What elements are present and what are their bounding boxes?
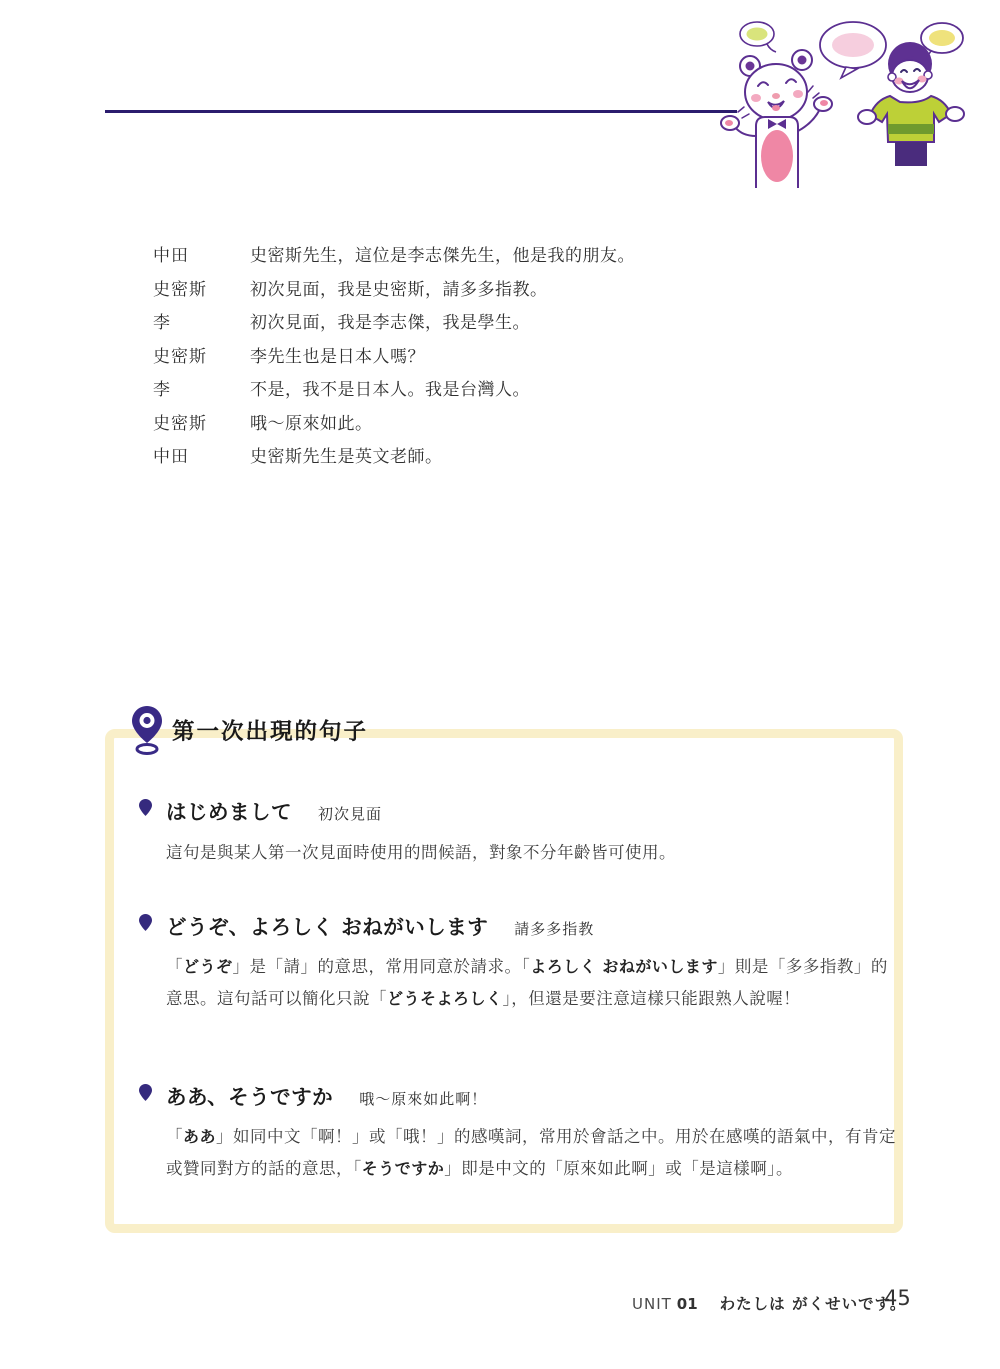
unit-number: 01	[677, 1295, 698, 1313]
dialogue-text: 哦～原來如此。	[250, 409, 373, 434]
phrase-chinese: 請多多指教	[514, 918, 594, 939]
speech-bubble-green-icon	[740, 22, 776, 52]
phrase-japanese: どうぞ、よろしく おねがいします	[166, 910, 488, 940]
page-number: 45	[884, 1286, 911, 1310]
phrase-description: 「どうぞ」是「請」的意思，常用同意於請求。「よろしく おねがいします」則是「多多…	[166, 951, 904, 1015]
dialogue-line: 史密斯 初次見面，我是史密斯，請多多指教。	[153, 275, 873, 309]
speaker-name: 史密斯	[153, 275, 250, 300]
speaker-name: 史密斯	[153, 409, 250, 434]
section-title: 第一次出現的句子	[172, 714, 368, 746]
phrase-description: 「ああ」如同中文「啊！」或「哦！」的感嘆詞，常用於會話之中。用於在感嘆的語氣中，…	[166, 1121, 904, 1185]
phrase-chinese: 哦～原來如此啊！	[359, 1088, 487, 1109]
location-pin-icon	[131, 704, 163, 756]
mascots-illustration	[710, 16, 970, 188]
dialogue-text: 史密斯先生是英文老師。	[250, 442, 443, 467]
header-divider-line	[105, 110, 737, 113]
dialogue-text: 不是，我不是日本人。我是台灣人。	[250, 375, 530, 400]
pin-drop-icon	[139, 1084, 152, 1101]
page-footer: UNIT 01 わたしは がくせいです。	[632, 1292, 906, 1314]
speaker-name: 李	[153, 308, 250, 333]
speech-bubble-pink-icon	[820, 22, 886, 78]
phrase-entry-head: どうぞ、よろしく おねがいします 請多多指教	[166, 910, 594, 940]
pin-drop-icon	[139, 914, 152, 931]
phrase-entry-head: ああ、そうですか 哦～原來如此啊！	[166, 1080, 487, 1110]
phrase-japanese: ああ、そうですか	[166, 1080, 333, 1110]
book-page: 中田 史密斯先生，這位是李志傑先生，他是我的朋友。 史密斯 初次見面，我是史密斯…	[0, 0, 1000, 1369]
dialogue-line: 李 不是，我不是日本人。我是台灣人。	[153, 375, 873, 409]
phrase-japanese: はじめまして	[166, 795, 292, 825]
dialogue-line: 史密斯 哦～原來如此。	[153, 409, 873, 443]
dialogue-line: 中田 史密斯先生，這位是李志傑先生，他是我的朋友。	[153, 241, 873, 275]
speaker-name: 中田	[153, 442, 250, 467]
dialogue-block: 中田 史密斯先生，這位是李志傑先生，他是我的朋友。 史密斯 初次見面，我是史密斯…	[153, 241, 873, 476]
unit-title: わたしは がくせいです。	[720, 1292, 907, 1314]
speaker-name: 中田	[153, 241, 250, 266]
dialogue-line: 中田 史密斯先生是英文老師。	[153, 442, 873, 476]
pin-drop-icon	[139, 799, 152, 816]
speaker-name: 李	[153, 375, 250, 400]
dialogue-text: 李先生也是日本人嗎？	[250, 342, 425, 367]
bear-mascot	[721, 50, 832, 188]
dialogue-line: 史密斯 李先生也是日本人嗎？	[153, 342, 873, 376]
phrase-entry-head: はじめまして 初次見面	[166, 795, 382, 825]
dialogue-text: 初次見面，我是史密斯，請多多指教。	[250, 275, 548, 300]
phrase-description: 這句是與某人第一次見面時使用的問候語，對象不分年齡皆可使用。	[166, 837, 904, 869]
dialogue-text: 初次見面，我是李志傑，我是學生。	[250, 308, 530, 333]
phrase-chinese: 初次見面	[318, 803, 382, 824]
speaker-name: 史密斯	[153, 342, 250, 367]
unit-label: UNIT	[632, 1295, 672, 1313]
dialogue-text: 史密斯先生，這位是李志傑先生，他是我的朋友。	[250, 241, 635, 266]
dialogue-line: 李 初次見面，我是李志傑，我是學生。	[153, 308, 873, 342]
